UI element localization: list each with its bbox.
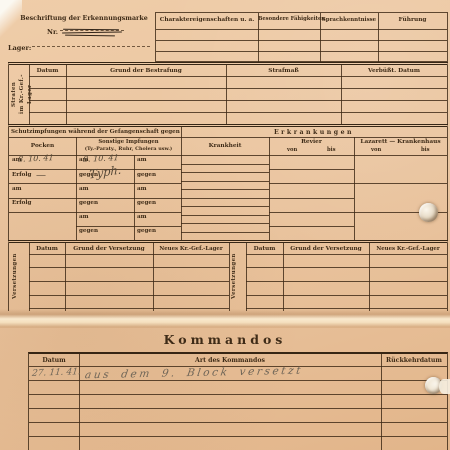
kommandos-table: Datum Art des Kommandos Rückkehrdatum 27… (28, 352, 448, 450)
kommando-entry-date: 27. 11. 41. (31, 367, 81, 379)
col-header-sonstige: Sonstige Impfungen (76, 139, 181, 145)
transfer-header-date-left: Datum (29, 246, 65, 253)
id-box-title: Beschriftung der Erkennungsmarke (18, 15, 150, 22)
vacc-row-label: gegen (137, 201, 156, 207)
transfer-header-reason-left: Grund der Versetzung (65, 246, 153, 253)
col-header-krankheit: Krankheit (181, 143, 269, 150)
vacc-row-label: gegen (79, 229, 98, 235)
col-header-sonstige-sub: (Ty.-Paraty., Ruhr, Cholera usw.) (76, 147, 181, 153)
kommando-header-date: Datum (29, 357, 79, 364)
vacc-row-label: am (137, 158, 147, 164)
nr-label: Nr. (47, 29, 58, 36)
traits-header-character: Charaktereigenschaften u. a. (156, 17, 258, 24)
card-seam (0, 309, 450, 328)
vacc-gegen-typh-handwriting: Typh. (89, 162, 121, 181)
kommando-header-type: Art des Kommandos (79, 357, 381, 364)
punish-header-reason: Grund der Bestrafung (66, 68, 226, 75)
transfer-header-date-right: Datum (246, 246, 283, 253)
punish-header-sentence: Strafmaß (226, 68, 341, 75)
traits-header-abilities: Besondere Fähigkeiten (258, 17, 320, 23)
vacc-row-label: gegen (137, 173, 156, 179)
vacc-row-label: am (79, 215, 89, 221)
scanned-pow-record-card: Beschriftung der Erkennungsmarke Nr. Lag… (0, 0, 450, 450)
vacc-row-label: Erfolg (12, 173, 31, 179)
col-header-revier: Revier (269, 139, 354, 146)
vacc-row-label: am (12, 187, 22, 193)
transfers-side-label-middle: Versetzungen (230, 245, 245, 307)
vaccinations-illnesses-table: Schutzimpfungen während der Gefangenscha… (8, 124, 448, 240)
lazarett-von-label: von (371, 148, 381, 153)
lager-line (32, 46, 150, 47)
traits-header-conduct: Führung (378, 17, 447, 24)
hole-punch-top (419, 203, 438, 222)
lager-label: Lager: (8, 45, 31, 52)
vacc-row-label: am (137, 187, 147, 193)
kommandos-title: Kommandos (0, 333, 450, 347)
transfers-side-label-left: Versetzungen (11, 245, 27, 307)
col-header-lazarett: Lazarett — Krankenhaus (354, 139, 447, 146)
punish-header-served: Verbüßt. Datum (341, 68, 447, 75)
vacc-date-sonstige-handwriting: 8. 10. 41 (83, 153, 119, 164)
transfer-header-reason-right: Grund der Versetzung (283, 246, 369, 253)
paper-tear (439, 379, 450, 394)
transfers-table: Versetzungen Versetzungen Datum Grund de… (8, 240, 448, 311)
vacc-row-label: gegen (137, 229, 156, 235)
col-header-pocken: Pocken (9, 143, 76, 150)
punishments-table: Strafen im Kr.-Gef.-Lager Datum Grund de… (8, 62, 448, 124)
transfer-header-camp-left: Neues Kr.-Gef.-Lager (153, 246, 229, 252)
kommando-header-return: Rückkehrdatum (381, 357, 447, 364)
vacc-row-label: am (137, 215, 147, 221)
illnesses-section-title: Erkrankungen (181, 129, 447, 136)
revier-von-label: von (287, 148, 297, 153)
traits-header-languages: Sprachkenntnisse (320, 17, 378, 23)
vacc-erfolg-dash-handwriting: — (36, 170, 46, 181)
vaccinations-section-title: Schutzimpfungen während der Gefangenscha… (11, 129, 179, 135)
vacc-date-pocken-handwriting: 8. 10. 41 (18, 153, 54, 164)
traits-table: Charaktereigenschaften u. a. Besondere F… (155, 12, 448, 62)
vacc-row-label: gegen (79, 201, 98, 207)
revier-bis-label: bis (327, 148, 336, 153)
punish-header-date: Datum (29, 68, 66, 75)
lazarett-bis-label: bis (421, 148, 430, 153)
vacc-row-label: am (79, 187, 89, 193)
transfer-header-camp-right: Neues Kr.-Gef.-Lager (369, 246, 447, 252)
punishments-side-label: Strafen im Kr.-Gef.-Lager (10, 67, 28, 122)
vacc-row-label: Erfolg (12, 201, 31, 207)
